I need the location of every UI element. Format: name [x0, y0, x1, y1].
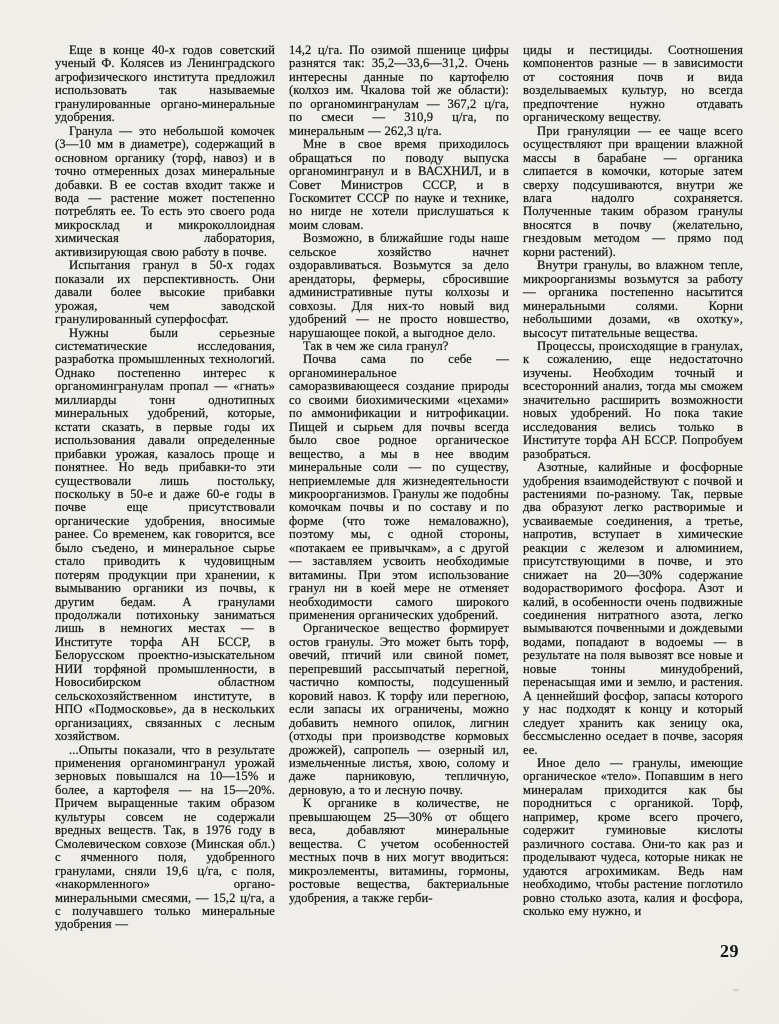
- paragraph: Нужны были серьезные систематические исс…: [55, 327, 275, 744]
- paragraph: Мне в свое время приходилось обращаться …: [289, 138, 509, 232]
- paragraph: Внутри гранулы, во влажном тепле, микроо…: [523, 259, 743, 340]
- article-column-2: 14,2 ц/га. По озимой пшенице цифры разня…: [289, 44, 509, 932]
- paragraph: ...Опыты показали, что в результате прим…: [55, 744, 275, 932]
- paragraph: Гранула — это небольшой комочек (3—10 мм…: [55, 125, 275, 260]
- paragraph: Иное дело — гранулы, имеющие органическо…: [523, 757, 743, 918]
- paragraph: циды и пестициды. Соотношения компоненто…: [523, 44, 743, 125]
- paragraph: Азотные, калийные и фосфорные удобрения …: [523, 461, 743, 757]
- paragraph: Возможно, в ближайшие годы наше сельское…: [289, 232, 509, 340]
- paragraph: 14,2 ц/га. По озимой пшенице цифры разня…: [289, 44, 509, 138]
- article-column-3: циды и пестициды. Соотношения компоненто…: [523, 44, 743, 932]
- scan-artifact: [731, 988, 741, 992]
- paragraph: Процессы, происходящие в гранулах, к сож…: [523, 340, 743, 461]
- paragraph: К органике в количестве, не превышающем …: [289, 797, 509, 905]
- article-column-1: Еще в конце 40-х годов советский ученый …: [55, 44, 275, 932]
- magazine-page-scan: Еще в конце 40-х годов советский ученый …: [0, 0, 779, 1024]
- paragraph: Испытания гранул в 50-х годах показали и…: [55, 259, 275, 326]
- paragraph: Еще в конце 40-х годов советский ученый …: [55, 44, 275, 125]
- paragraph: Органическое вещество формирует остов гр…: [289, 622, 509, 797]
- article-columns: Еще в конце 40-х годов советский ученый …: [55, 44, 743, 932]
- paragraph: Так в чем же сила гранул?: [289, 340, 509, 353]
- paragraph: Почва сама по себе — органоминеральное с…: [289, 353, 509, 622]
- paragraph: При грануляции — ее чаще всего осуществл…: [523, 125, 743, 260]
- page-number: 29: [539, 941, 739, 962]
